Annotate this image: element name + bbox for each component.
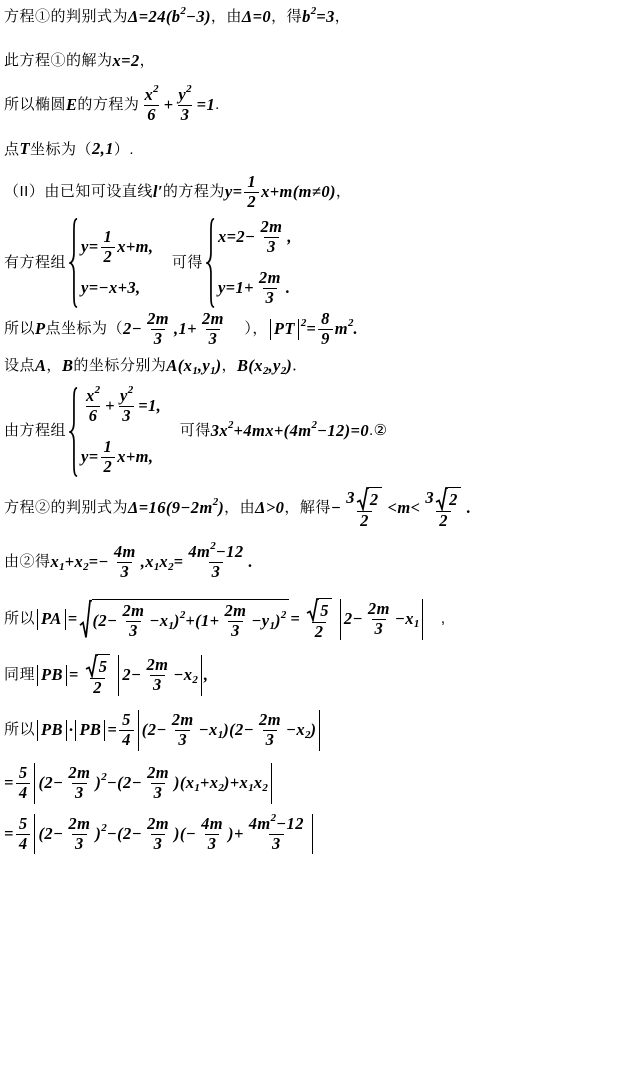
math-run: ,1+: [174, 320, 197, 339]
numerator: 2m: [144, 764, 172, 783]
math-run: PT: [274, 320, 295, 339]
math-run: ,x: [141, 553, 154, 572]
superscript: 2: [311, 420, 317, 431]
math-run: y=1+: [218, 279, 254, 298]
math-run: 2m: [259, 269, 281, 288]
math-run: )(−: [174, 825, 196, 844]
square-root: 5: [306, 598, 332, 622]
numerator: 5: [81, 654, 115, 678]
math-run: −x: [286, 721, 305, 740]
system-rows: x=2−2m3,y=1+2m3.: [215, 218, 292, 308]
formula-line-1-discriminant-eq1: 方程①的判别式为Δ=24(b2−3)，由Δ=0，得b2=3，: [4, 7, 636, 27]
numerator: 2m: [144, 310, 172, 329]
denominator: 3: [72, 783, 87, 803]
math-run: y=: [81, 448, 99, 467]
fraction: 12: [244, 173, 259, 212]
math-run: 5: [19, 764, 28, 783]
denominator: 2: [244, 192, 259, 212]
math-run: −(2−: [107, 825, 142, 844]
math-run: =: [174, 553, 184, 572]
subscript: 1: [218, 730, 224, 741]
math-run: l′: [153, 183, 163, 202]
math-run: 2: [104, 248, 113, 267]
denominator: 2: [90, 678, 105, 698]
math-run: −(2−: [107, 774, 142, 793]
square-root: 2: [435, 487, 461, 511]
text-run: 同理: [4, 666, 35, 685]
math-run: −x: [199, 721, 218, 740]
math-run: .: [467, 499, 472, 518]
math-run: T: [20, 140, 30, 159]
text-run: ），: [229, 320, 268, 339]
math-run: +x: [65, 553, 83, 572]
denominator: 3: [264, 237, 279, 257]
fraction: 54: [119, 711, 134, 750]
formula-line-8-points-A-B: 设点A，B的坐标分别为A(x1,y1)，B(x2,y2) ．: [4, 357, 636, 377]
math-run: 2: [315, 623, 324, 642]
equation-system: x=2−2m3,y=1+2m3.: [206, 218, 292, 308]
math-run: 4: [19, 835, 28, 854]
math-run: 2: [104, 458, 113, 477]
math-run: A(x: [166, 357, 192, 376]
fraction: 12: [101, 438, 116, 477]
system-row: x=2−2m3,: [218, 218, 292, 257]
text-run: 的方程为: [163, 183, 225, 202]
fraction: 2m3: [256, 711, 284, 750]
math-run: 3: [266, 731, 275, 750]
math-run: 3: [267, 238, 276, 257]
superscript: 2: [101, 823, 107, 834]
fraction: 2m3: [65, 815, 93, 854]
denominator: 3: [150, 675, 165, 695]
absolute-value: (2−2m3)2−(2−2m3)(−4m3)+4m2−123: [34, 814, 312, 855]
superscript: 2: [210, 541, 216, 552]
math-run: 3: [272, 835, 281, 854]
subscript: 2: [168, 562, 174, 573]
math-run: m: [335, 320, 348, 339]
superscript: 2: [180, 610, 186, 621]
math-run: 6: [89, 407, 98, 426]
denominator: 3: [269, 834, 284, 854]
denominator: 2: [312, 622, 327, 642]
denominator: 3: [126, 621, 141, 641]
subscript: 2: [263, 366, 269, 377]
math-run: +: [105, 397, 115, 416]
fraction: 2m3: [144, 764, 172, 803]
radicand: 5: [98, 654, 111, 678]
math-run: 3: [154, 784, 163, 803]
radicand: 2: [369, 487, 382, 511]
numerator: 2m: [144, 815, 172, 834]
math-run: 9: [321, 330, 330, 349]
math-run: 3: [129, 622, 138, 641]
denominator: 4: [119, 730, 134, 750]
math-run: .: [248, 553, 253, 572]
math-run: −x: [173, 666, 192, 685]
formula-line-6-system-1: 有方程组y=12x+m,y=−x+3, 可得x=2−2m3,y=1+2m3.: [4, 218, 636, 308]
superscript: 2: [281, 610, 287, 621]
math-run: y=−x+3,: [81, 279, 141, 298]
absolute-value: 2−2m3−x1: [340, 599, 424, 640]
fraction: 52: [302, 598, 336, 642]
subscript: 1: [210, 366, 216, 377]
numerator: 5: [16, 764, 31, 783]
denominator: 6: [144, 105, 159, 125]
numerator: 2m: [257, 218, 285, 237]
math-run: 2−: [123, 320, 142, 339]
math-run: ·: [69, 721, 74, 740]
text-run: 方程①的判别式为: [4, 8, 128, 27]
numerator: 4m2−12: [185, 543, 246, 562]
math-run: =1,: [138, 397, 161, 416]
denominator: 3: [372, 619, 387, 639]
math-run: b: [302, 8, 311, 27]
text-run: ，由: [224, 499, 255, 518]
math-run: PA: [41, 610, 62, 629]
math-run: 2−: [122, 666, 141, 685]
math-run: 2−: [344, 610, 363, 629]
text-run: 设点: [4, 357, 35, 376]
text-run: ，得: [271, 8, 302, 27]
math-run: =: [306, 320, 316, 339]
superscript: 2: [95, 385, 101, 396]
math-run: Δ=0: [242, 8, 271, 27]
text-run: 所以: [4, 721, 35, 740]
math-run: +: [164, 96, 174, 115]
math-run: B(x: [237, 357, 263, 376]
math-run: 2m: [147, 764, 169, 783]
superscript: 2: [180, 6, 186, 17]
numerator: x2: [141, 86, 161, 105]
math-run: =: [68, 610, 78, 629]
math-run: 3: [75, 784, 84, 803]
denominator: 6: [86, 406, 101, 426]
square-root: 5: [85, 654, 111, 678]
math-run: =1: [197, 96, 215, 115]
math-run: 1: [247, 173, 256, 192]
math-run: =: [107, 721, 117, 740]
math-run: =−: [89, 553, 109, 572]
text-run: 所以椭圆: [4, 96, 66, 115]
text-run: 可得: [164, 422, 211, 441]
math-run: 2m: [122, 602, 144, 621]
superscript: 2: [301, 318, 307, 329]
math-run: x+m,: [117, 238, 153, 257]
math-run: ,y: [268, 357, 280, 376]
subscript: 1: [414, 619, 420, 630]
fraction: 4m3: [111, 543, 139, 582]
math-run: (2−: [93, 612, 118, 631]
math-run: 4m: [201, 815, 223, 834]
math-run: 3: [375, 620, 384, 639]
text-run: 由②得: [4, 553, 51, 572]
math-run: 3: [154, 330, 163, 349]
fraction: 2m3: [221, 602, 249, 641]
fraction: 4m3: [198, 815, 226, 854]
text-run: 方程②的判别式为: [4, 499, 128, 518]
left-brace-icon: [206, 218, 215, 308]
math-run: −x: [149, 612, 168, 631]
math-run: 3: [181, 106, 190, 125]
text-run: ，: [221, 357, 237, 376]
math-run: (2−: [142, 721, 167, 740]
denominator: 3: [119, 406, 134, 426]
math-run: 3: [209, 330, 218, 349]
math-run: Δ=16(9−2m: [128, 499, 213, 518]
fraction: y23: [117, 387, 136, 426]
subscript: 2: [305, 730, 311, 741]
equation-system: x26+y23=1,y=12x+m,: [69, 387, 161, 477]
math-run: −y: [251, 612, 269, 631]
formula-line-15-expansion-step-1: =54(2−2m3)2−(2−2m3)(x1+x2)+x1x2: [4, 763, 636, 804]
math-run: 4m: [188, 543, 210, 562]
left-brace-icon: [69, 218, 78, 308]
math-run: 2m: [224, 602, 246, 621]
absolute-value: 2−2m3−x2: [118, 655, 202, 696]
numerator: 1: [244, 173, 259, 192]
fraction: 2m3: [199, 310, 227, 349]
math-run: −: [331, 499, 341, 518]
math-run: 2m: [147, 815, 169, 834]
math-run: 3: [212, 563, 221, 582]
denominator: 3: [205, 834, 220, 854]
numerator: 32: [422, 487, 464, 511]
square-root: (2−2m3−x1)2+(1+2m3−y1)2: [79, 599, 290, 641]
math-run: y=: [225, 183, 243, 202]
text-run: ，: [140, 52, 156, 71]
numerator: 2m: [199, 310, 227, 329]
math-run: −12: [216, 543, 244, 562]
math-run: x: [254, 774, 263, 793]
fraction: 2m3: [65, 764, 93, 803]
system-row: x26+y23=1,: [81, 387, 161, 426]
math-run: 3: [266, 289, 275, 308]
numerator: 2m: [221, 602, 249, 621]
math-run: 2m: [368, 600, 390, 619]
fraction: 4m2−123: [246, 815, 307, 854]
math-run: Δ>0: [255, 499, 284, 518]
radical-sign-icon: [435, 487, 448, 511]
math-run: −3): [186, 8, 211, 27]
denominator: 2: [436, 511, 451, 531]
math-run: 4: [122, 731, 131, 750]
fraction: 4m2−123: [185, 543, 246, 582]
numerator: 2m: [256, 711, 284, 730]
radical-sign-icon: [79, 599, 92, 641]
superscript: 2: [348, 318, 354, 329]
text-run: 所以: [4, 320, 35, 339]
math-run: 3: [231, 622, 240, 641]
text-run: 的方程为: [77, 96, 139, 115]
radicand: 5: [319, 598, 332, 622]
math-run: 2m: [259, 711, 281, 730]
subscript: 2: [281, 366, 287, 377]
denominator: 4: [16, 834, 31, 854]
math-run: 2m: [146, 656, 168, 675]
subscript: 2: [218, 783, 224, 794]
math-run: )(2−: [223, 721, 254, 740]
text-run: .: [215, 96, 220, 115]
fraction: 2m3: [144, 815, 172, 854]
math-run: x: [159, 553, 168, 572]
numerator: 2m: [65, 764, 93, 783]
math-document: 方程①的判别式为Δ=24(b2−3)，由Δ=0，得b2=3，此方程①的解为x=2…: [0, 0, 640, 858]
system-row: y=12x+m,: [81, 438, 161, 477]
math-run: −12)=0: [317, 422, 369, 441]
math-run: 2m: [68, 764, 90, 783]
math-run: 2: [247, 193, 256, 212]
denominator: 3: [72, 834, 87, 854]
fraction: 2m3: [256, 269, 284, 308]
formula-line-3-ellipse-equation: 所以椭圆E的方程为x26+y23=1.: [4, 86, 636, 125]
math-run: 3: [425, 489, 434, 508]
formula-line-13-PB-length: 同理PB=522−2m3−x2,: [4, 654, 636, 698]
numerator: y2: [117, 387, 136, 406]
numerator: 32: [343, 487, 385, 511]
math-run: <m<: [388, 499, 421, 518]
denominator: 3: [175, 730, 190, 750]
superscript: 2: [101, 772, 107, 783]
math-run: )(x: [174, 774, 194, 793]
math-run: 2m: [202, 310, 224, 329]
text-run: ．: [292, 357, 308, 376]
text-run: ，: [46, 357, 62, 376]
math-run: 3: [178, 731, 187, 750]
math-run: 2m: [147, 310, 169, 329]
math-run: (2−: [38, 825, 63, 844]
text-run: （II）由已知可设直线: [4, 183, 153, 202]
subscript: 1: [168, 621, 174, 632]
math-run: y=: [81, 238, 99, 257]
denominator: 3: [117, 562, 132, 582]
text-run: 坐标为（: [30, 141, 92, 160]
math-run: ,y: [198, 357, 210, 376]
equation-system: y=12x+m,y=−x+3,: [69, 218, 153, 308]
math-run: 3: [208, 835, 217, 854]
numerator: 8: [318, 310, 333, 329]
absolute-value: PB: [37, 720, 67, 741]
fraction: 54: [16, 815, 31, 854]
text-run: 点坐标为（: [46, 320, 124, 339]
text-run: ，: [335, 8, 351, 27]
math-run: −x: [395, 610, 414, 629]
subscript: 1: [269, 621, 275, 632]
numerator: 4m2−12: [246, 815, 307, 834]
text-run: ,: [425, 610, 445, 629]
denominator: 9: [318, 329, 333, 349]
absolute-value: PB: [75, 720, 105, 741]
denominator: 3: [151, 834, 166, 854]
math-run: 2m: [260, 218, 282, 237]
math-run: 2: [93, 679, 102, 698]
text-run: 所以: [4, 610, 35, 629]
text-run: 点: [4, 141, 20, 160]
math-run: x: [51, 553, 60, 572]
fraction: 2m3: [365, 600, 393, 639]
fraction: 322: [343, 487, 385, 531]
formula-line-2-solution-x: 此方程①的解为x=2，: [4, 51, 636, 71]
numerator: 1: [101, 438, 116, 457]
subscript: 1: [248, 783, 254, 794]
system-row: y=−x+3,: [81, 279, 153, 298]
math-run: x: [144, 86, 153, 105]
math-run: −12: [276, 815, 304, 834]
fraction: 2m3: [144, 310, 172, 349]
denominator: 4: [16, 783, 31, 803]
math-run: 2m: [172, 711, 194, 730]
formula-line-5-part2-line-equation: （II）由已知可设直线l′ 的方程为y=12x+m(m≠0)，: [4, 173, 636, 212]
math-run: 8: [321, 310, 330, 329]
formula-line-7-point-P-and-PT: 所以P点坐标为（2−2m3,1+2m3 ），PT2=89m2.: [4, 310, 636, 349]
math-run: x+m(m≠0): [261, 183, 336, 202]
absolute-value: (2−2m3)2−(2−2m3)(x1+x2)+x1x2: [34, 763, 271, 804]
math-run: 3x: [211, 422, 228, 441]
formula-line-11-vieta-sums: 由②得x1+x2=−4m3,x1x2=4m2−123.: [4, 543, 636, 582]
numerator: 4m: [111, 543, 139, 562]
math-run: PB: [41, 721, 63, 740]
math-run: )+: [228, 825, 244, 844]
fraction: 89: [318, 310, 333, 349]
numerator: 2m: [65, 815, 93, 834]
math-run: 6: [147, 106, 156, 125]
fraction: 12: [101, 228, 116, 267]
system-rows: x26+y23=1,y=12x+m,: [78, 387, 161, 477]
subscript: 1: [192, 366, 198, 377]
superscript: 2: [153, 84, 159, 95]
math-run: 1: [104, 228, 113, 247]
numerator: y2: [175, 86, 194, 105]
text-run: 的坐标分别为: [73, 357, 166, 376]
fraction: 2m3: [119, 602, 147, 641]
formula-line-10-discriminant-eq2: 方程②的判别式为Δ=16(9−2m2)，由Δ>0，解得−322<m<322.: [4, 487, 636, 531]
math-run: .: [286, 279, 291, 298]
text-run: 此方程①的解为: [4, 52, 113, 71]
subscript: 2: [83, 562, 89, 573]
text-run: ，由: [211, 8, 242, 27]
text-run: ，解得: [284, 499, 331, 518]
math-run: 2,1: [92, 140, 114, 159]
math-run: y: [178, 86, 186, 105]
radical-sign-icon: [85, 654, 98, 678]
math-run: +x: [200, 774, 218, 793]
absolute-value: PT: [270, 319, 299, 340]
math-run: 4m: [249, 815, 271, 834]
math-run: 5: [320, 602, 329, 621]
system-row: y=12x+m,: [81, 228, 153, 267]
math-run: =: [4, 774, 14, 793]
math-run: y: [120, 387, 128, 406]
formula-line-16-expansion-step-2: =54(2−2m3)2−(2−2m3)(−4m3)+4m2−123: [4, 814, 636, 855]
denominator: 3: [228, 621, 243, 641]
math-run: PB: [79, 721, 101, 740]
numerator: 5: [16, 815, 31, 834]
numerator: 2m: [256, 269, 284, 288]
subscript: 1: [154, 562, 160, 573]
math-run: =: [290, 610, 300, 629]
formula-line-4-point-T: 点T坐标为（2,1）.: [4, 140, 636, 160]
numerator: 2m: [169, 711, 197, 730]
math-run: 5: [99, 658, 108, 677]
absolute-value: (2−2m3−x1)(2−2m3−x2): [138, 710, 321, 751]
math-run: 2m: [68, 815, 90, 834]
math-run: =: [69, 666, 79, 685]
math-run: 3: [346, 489, 355, 508]
fraction: y23: [175, 86, 194, 125]
radical-sign-icon: [356, 487, 369, 511]
math-run: E: [66, 96, 77, 115]
subscript: 1: [194, 783, 200, 794]
math-run: 3: [75, 835, 84, 854]
